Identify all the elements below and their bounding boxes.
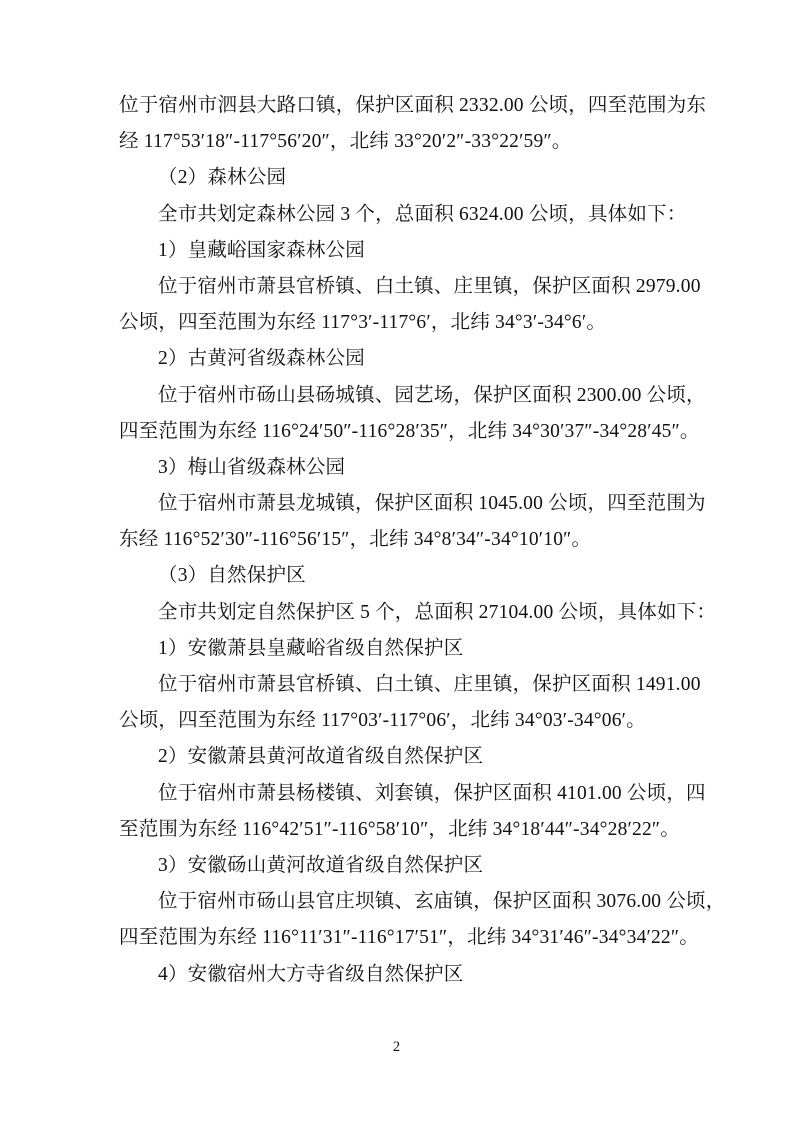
text-line: 全市共划定自然保护区 5 个，总面积 27104.00 公顷，具体如下：	[119, 595, 679, 631]
text-line: （3）自然保护区	[119, 558, 679, 594]
text-line: 四至范围为东经 116°24′50″-116°28′35″，北纬 34°30′3…	[119, 414, 679, 450]
text-line: 位于宿州市萧县官桥镇、白土镇、庄里镇，保护区面积 2979.00	[119, 269, 679, 305]
text-line: 位于宿州市萧县杨楼镇、刘套镇，保护区面积 4101.00 公顷，四	[119, 776, 679, 812]
text-line: （2）森林公园	[119, 160, 679, 196]
text-line: 经 117°53′18″-117°56′20″，北纬 33°20′2″-33°2…	[119, 124, 679, 160]
text-line: 四至范围为东经 116°11′31″-116°17′51″，北纬 34°31′4…	[119, 920, 679, 956]
text-line: 位于宿州市泗县大路口镇，保护区面积 2332.00 公顷，四至范围为东	[119, 88, 679, 124]
text-line: 1）皇藏峪国家森林公园	[119, 233, 679, 269]
text-line: 位于宿州市萧县龙城镇，保护区面积 1045.00 公顷，四至范围为	[119, 486, 679, 522]
text-line: 1）安徽萧县皇藏峪省级自然保护区	[119, 631, 679, 667]
text-line: 位于宿州市砀山县官庄坝镇、玄庙镇，保护区面积 3076.00 公顷，	[119, 884, 679, 920]
text-line: 3）安徽砀山黄河故道省级自然保护区	[119, 848, 679, 884]
text-line: 公顷，四至范围为东经 117°03′-117°06′，北纬 34°03′-34°…	[119, 703, 679, 739]
document-body: 位于宿州市泗县大路口镇，保护区面积 2332.00 公顷，四至范围为东经 117…	[119, 88, 679, 993]
text-line: 公顷，四至范围为东经 117°3′-117°6′，北纬 34°3′-34°6′。	[119, 305, 679, 341]
text-line: 2）安徽萧县黄河故道省级自然保护区	[119, 739, 679, 775]
document-page: 位于宿州市泗县大路口镇，保护区面积 2332.00 公顷，四至范围为东经 117…	[0, 0, 793, 1122]
text-line: 全市共划定森林公园 3 个，总面积 6324.00 公顷，具体如下：	[119, 197, 679, 233]
text-line: 4）安徽宿州大方寺省级自然保护区	[119, 957, 679, 993]
text-line: 位于宿州市萧县官桥镇、白土镇、庄里镇，保护区面积 1491.00	[119, 667, 679, 703]
text-line: 东经 116°52′30″-116°56′15″，北纬 34°8′34″-34°…	[119, 522, 679, 558]
page-number: 2	[0, 1037, 793, 1057]
text-line: 2）古黄河省级森林公园	[119, 341, 679, 377]
text-line: 3）梅山省级森林公园	[119, 450, 679, 486]
text-line: 位于宿州市砀山县砀城镇、园艺场，保护区面积 2300.00 公顷，	[119, 378, 679, 414]
text-line: 至范围为东经 116°42′51″-116°58′10″，北纬 34°18′44…	[119, 812, 679, 848]
